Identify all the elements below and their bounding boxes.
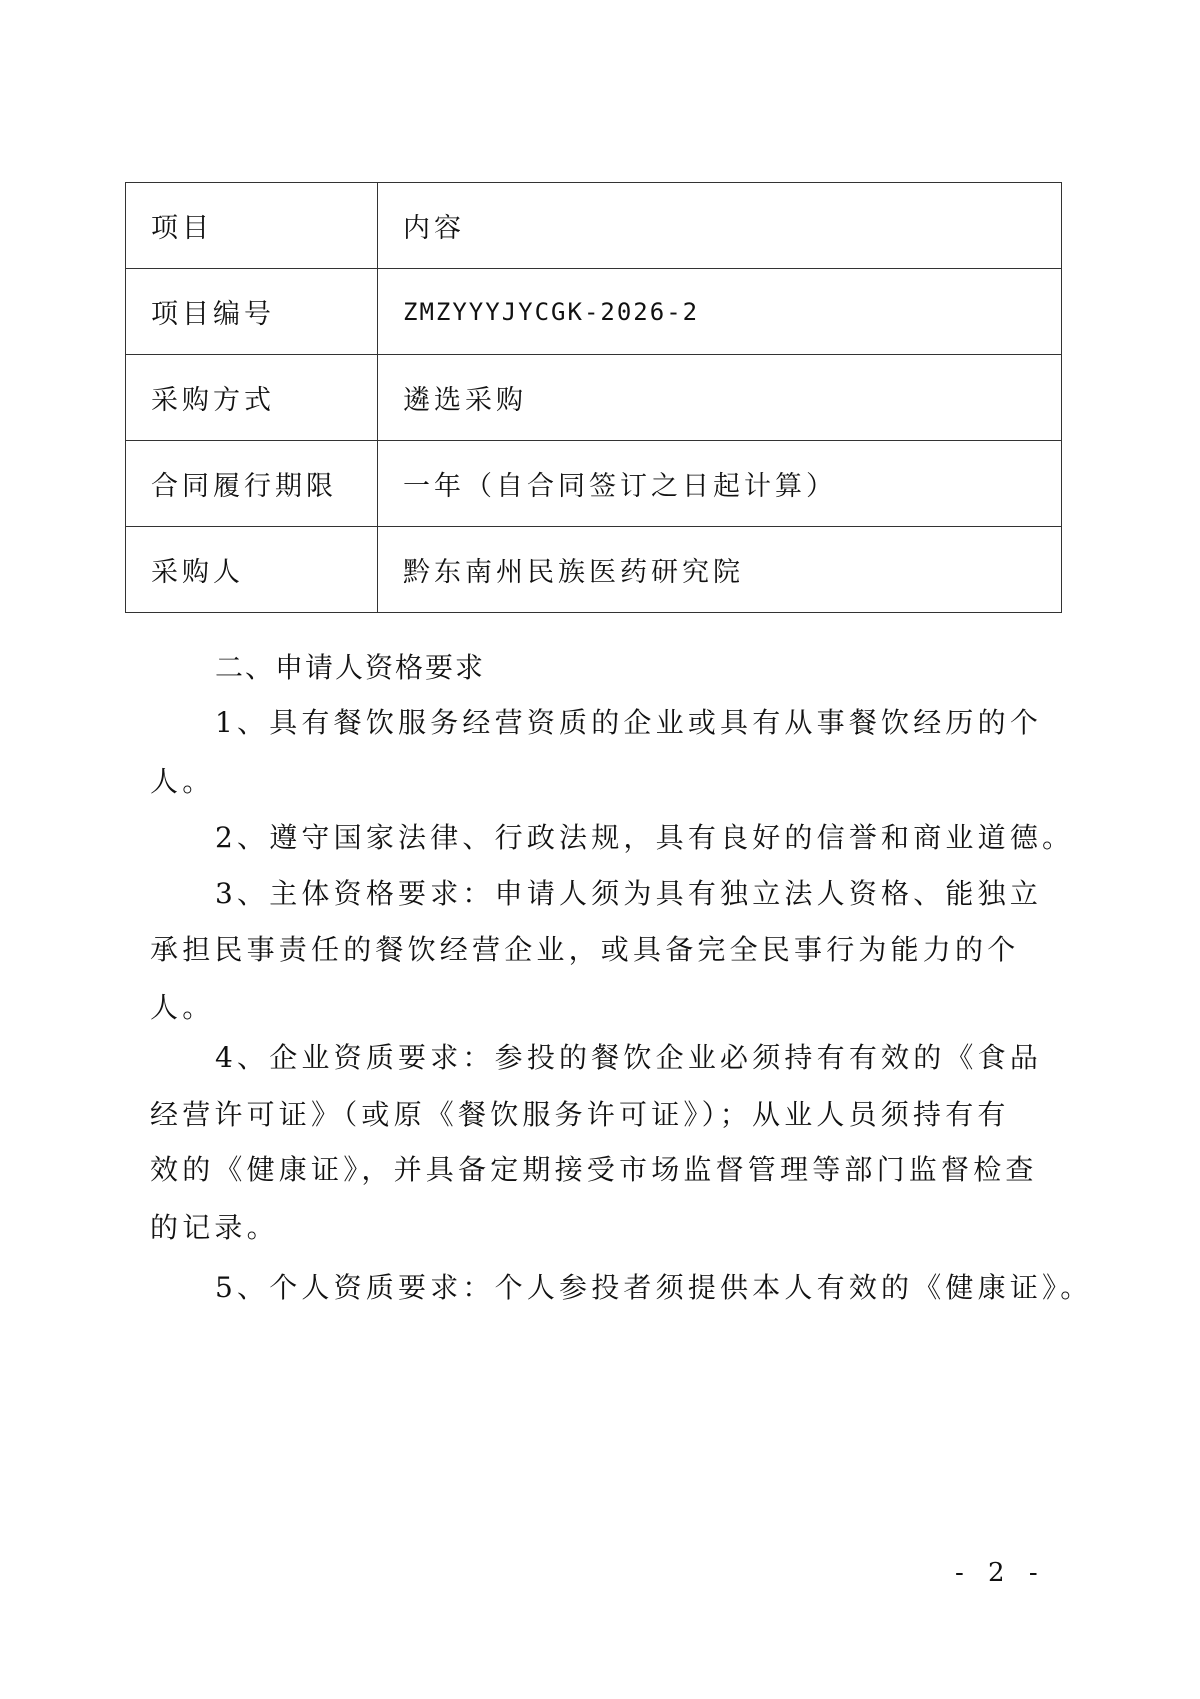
section-heading: 二、申请人资格要求 xyxy=(215,648,485,688)
row-value-procurement-method: 遴选采购 xyxy=(378,355,1062,441)
row-key-contract-period: 合同履行期限 xyxy=(126,441,378,527)
table-row: 合同履行期限 一年（自合同签订之日起计算） xyxy=(126,441,1062,527)
header-value-cell: 内容 xyxy=(378,183,1062,269)
row-key-project-number: 项目编号 xyxy=(126,269,378,355)
paragraph-line: 2、遵守国家法律、行政法规，具有良好的信誉和商业道德。 xyxy=(215,818,1074,858)
table-row: 项目编号 ZMZYYYJYCGK-2026-2 xyxy=(126,269,1062,355)
table-header-row: 项目 内容 xyxy=(126,183,1062,269)
paragraph-line: 效的《健康证》，并具备定期接受市场监督管理等部门监督检查 xyxy=(150,1150,1038,1190)
paragraph-line: 5、个人资质要求：个人参投者须提供本人有效的《健康证》。 xyxy=(215,1268,1092,1308)
paragraph-line: 3、主体资格要求：申请人须为具有独立法人资格、能独立 xyxy=(215,874,1042,914)
row-value-contract-period: 一年（自合同签订之日起计算） xyxy=(378,441,1062,527)
paragraph-line: 4、企业资质要求：参投的餐饮企业必须持有有效的《食品 xyxy=(215,1038,1042,1078)
paragraph-line: 承担民事责任的餐饮经营企业，或具备完全民事行为能力的个 xyxy=(150,930,1019,970)
paragraph-line: 的记录。 xyxy=(150,1208,279,1248)
paragraph-line: 人。 xyxy=(150,988,214,1028)
paragraph-line: 人。 xyxy=(150,762,214,802)
row-key-purchaser: 采购人 xyxy=(126,527,378,613)
paragraph-line: 1、具有餐饮服务经营资质的企业或具有从事餐饮经历的个 xyxy=(215,703,1042,743)
row-key-procurement-method: 采购方式 xyxy=(126,355,378,441)
table-row: 采购方式 遴选采购 xyxy=(126,355,1062,441)
table-row: 采购人 黔东南州民族医药研究院 xyxy=(126,527,1062,613)
row-value-project-number: ZMZYYYJYCGK-2026-2 xyxy=(378,269,1062,355)
project-info-table: 项目 内容 项目编号 ZMZYYYJYCGK-2026-2 采购方式 遴选采购 … xyxy=(125,182,1062,613)
row-value-purchaser: 黔东南州民族医药研究院 xyxy=(378,527,1062,613)
page-number: - 2 - xyxy=(955,1558,1046,1588)
paragraph-line: 经营许可证》（或原《餐饮服务许可证》）；从业人员须持有有 xyxy=(150,1095,1010,1135)
header-key-cell: 项目 xyxy=(126,183,378,269)
